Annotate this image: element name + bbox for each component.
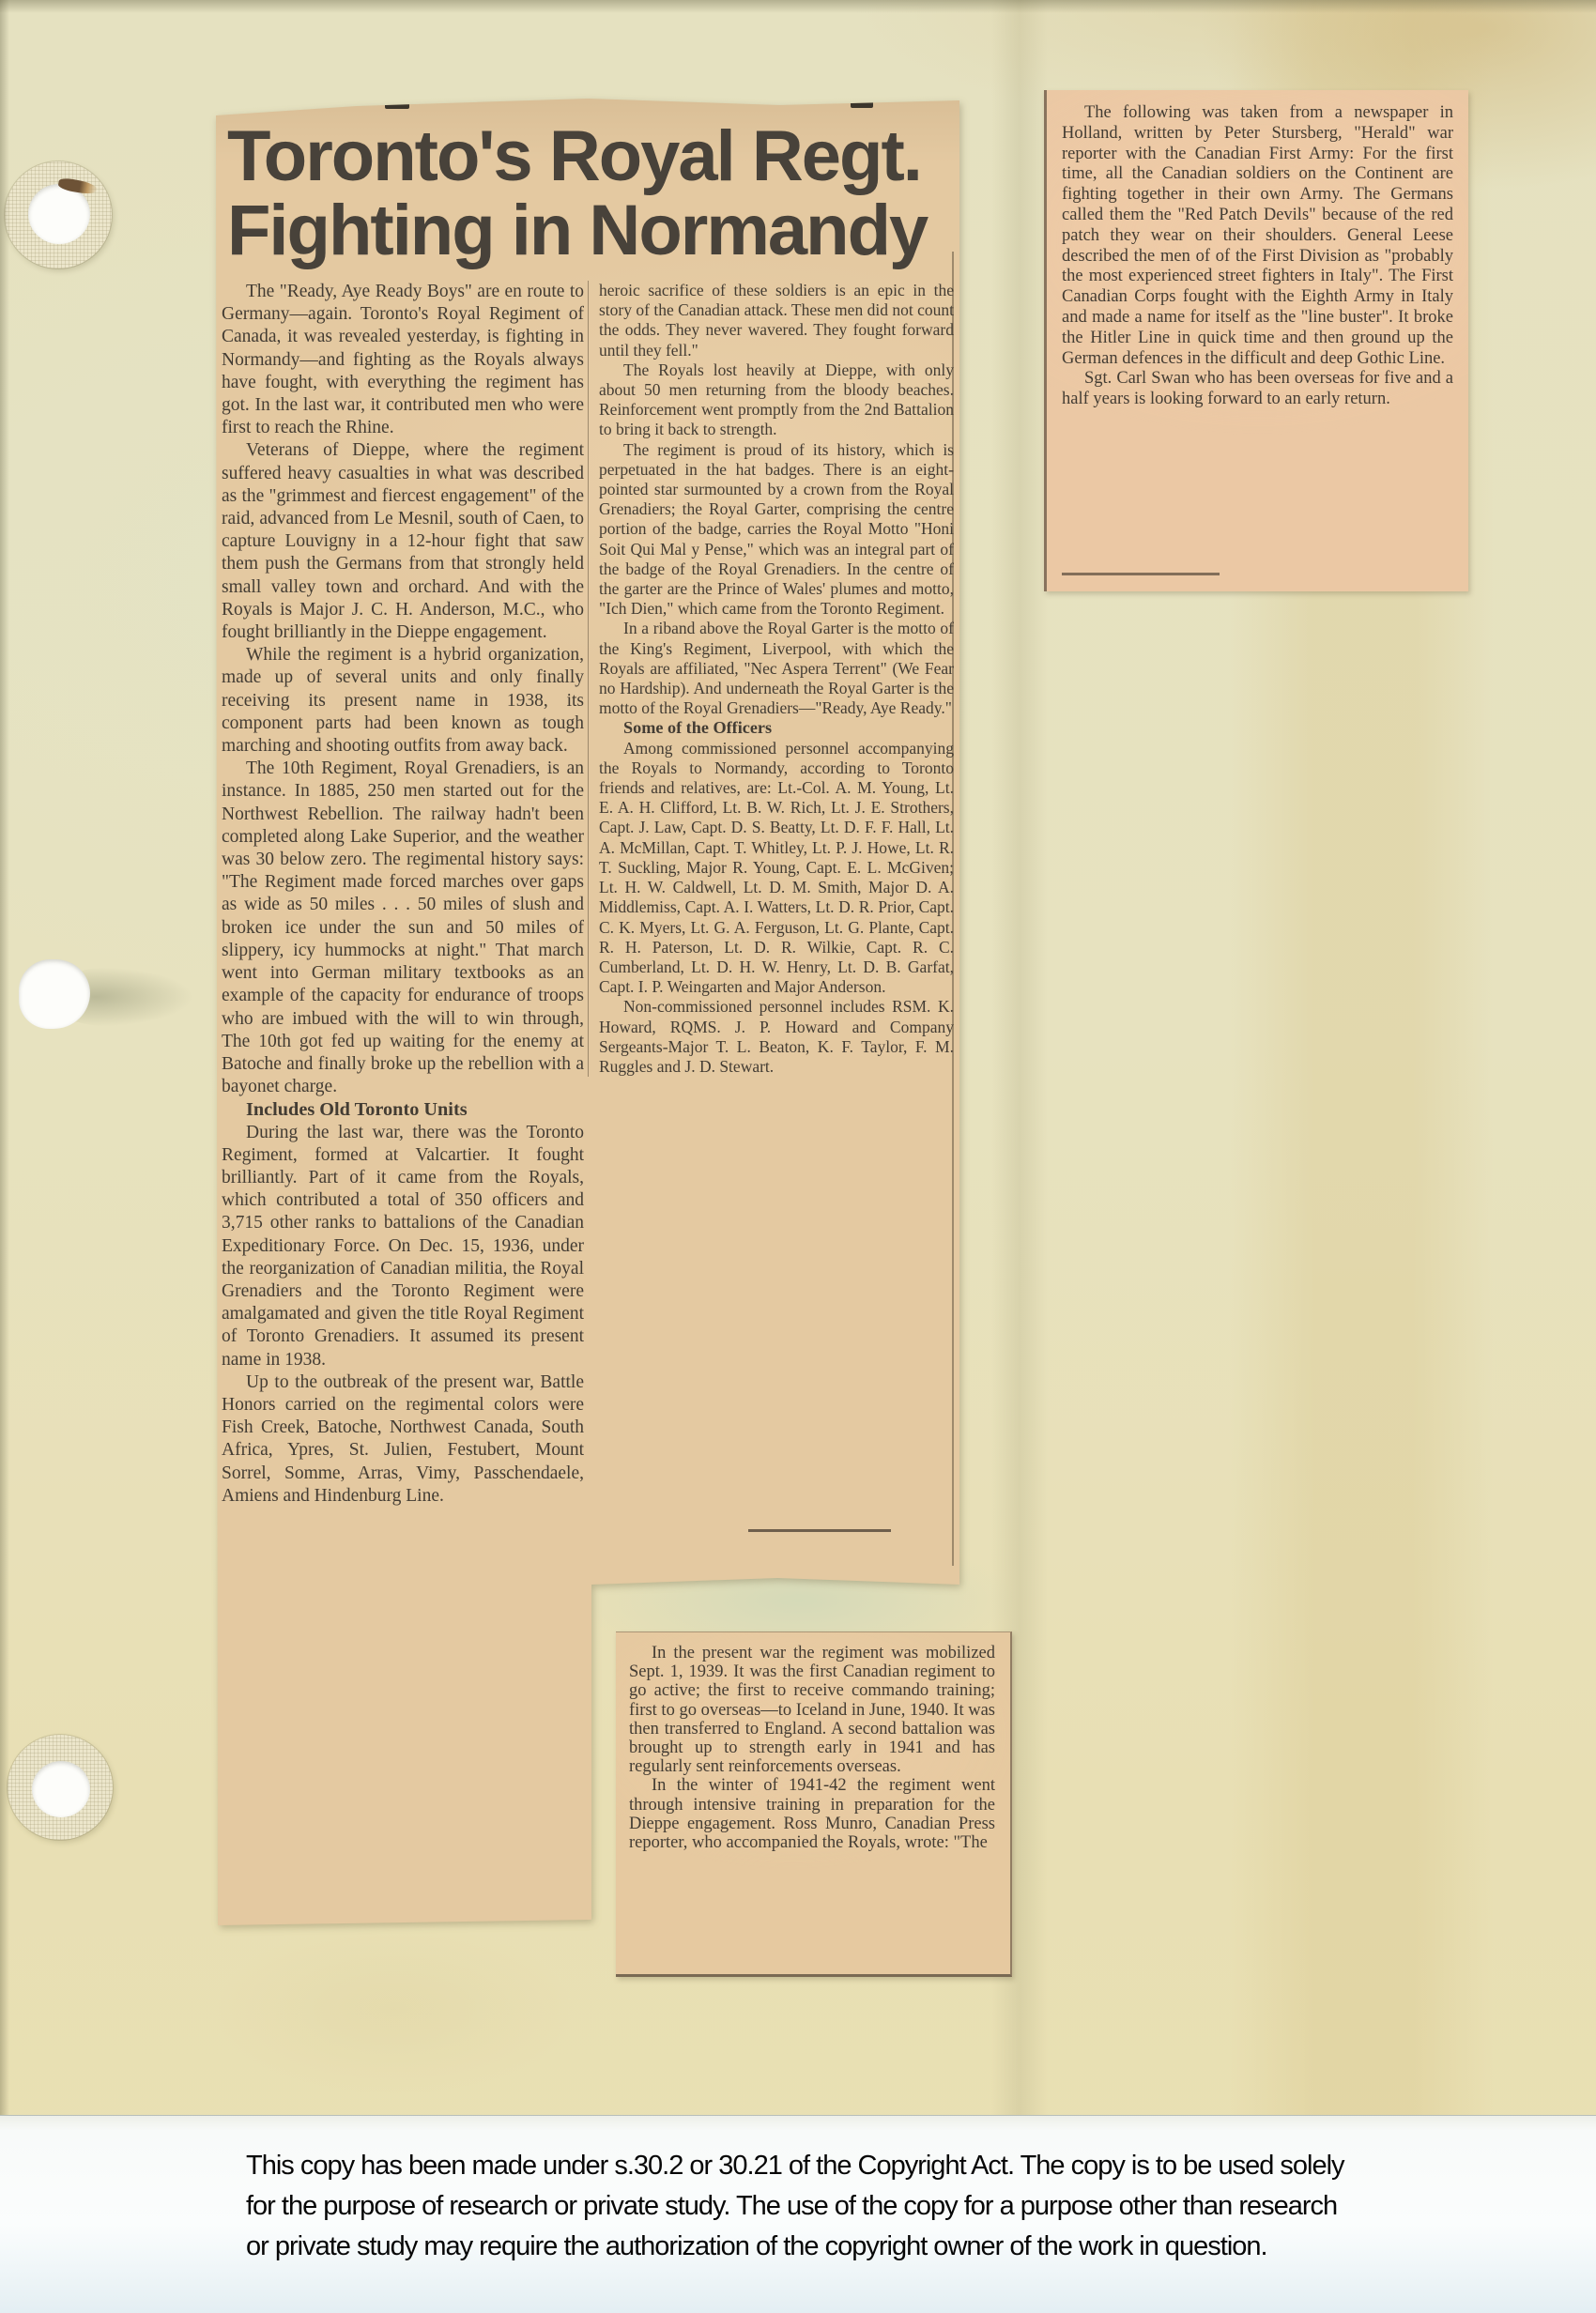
column-rule bbox=[952, 252, 954, 1566]
column-subhead: Some of the Officers bbox=[599, 718, 954, 738]
article-paragraph: heroic sacrifice of these soldiers is an… bbox=[599, 281, 954, 360]
headline-line-1: Toronto's Royal Regt. bbox=[227, 119, 952, 193]
article-paragraph: During the last war, there was the Toron… bbox=[222, 1122, 584, 1371]
scanner-margin-band: This copy has been made under s.30.2 or … bbox=[0, 2115, 1596, 2313]
cut-text-remnant bbox=[851, 99, 873, 108]
end-of-column-rule bbox=[748, 1529, 891, 1532]
copyright-notice: This copy has been made under s.30.2 or … bbox=[246, 2146, 1401, 2267]
article-paragraph: In a riband above the Royal Garter is th… bbox=[599, 619, 954, 718]
underline-rule bbox=[1062, 573, 1220, 575]
article-paragraph: Non-commissioned personnel includes RSM.… bbox=[599, 997, 954, 1077]
article-paragraph: In the winter of 1941-42 the regiment we… bbox=[629, 1776, 995, 1852]
article-paragraph: Veterans of Dieppe, where the regiment s… bbox=[222, 439, 584, 644]
headline: Toronto's Royal Regt. Fighting in Norman… bbox=[227, 119, 952, 268]
article-paragraph: The following was taken from a newspaper… bbox=[1062, 103, 1453, 369]
article-paragraph: Sgt. Carl Swan who has been overseas for… bbox=[1062, 369, 1453, 410]
mobilization-clipping: In the present war the regiment was mobi… bbox=[616, 1631, 1012, 1977]
column-subhead: Includes Old Toronto Units bbox=[222, 1098, 584, 1121]
article-paragraph: The Royals lost heavily at Dieppe, with … bbox=[599, 360, 954, 440]
article-paragraph: The 10th Regiment, Royal Grenadiers, is … bbox=[222, 758, 584, 1098]
article-paragraph: The regiment is proud of its history, wh… bbox=[599, 440, 954, 620]
article-paragraph: Among commissioned personnel accompanyin… bbox=[599, 739, 954, 998]
article-paragraph: While the regiment is a hybrid organizat… bbox=[222, 644, 584, 758]
cut-text-remnant bbox=[385, 100, 409, 109]
copyright-line: for the purpose of research or private s… bbox=[246, 2186, 1401, 2227]
holland-clipping: The following was taken from a newspaper… bbox=[1044, 90, 1468, 591]
scrapbook-page: Toronto's Royal Regt. Fighting in Norman… bbox=[0, 0, 1596, 2313]
article-column-left: The "Ready, Aye Ready Boys" are en route… bbox=[222, 281, 584, 1508]
article-column-right: heroic sacrifice of these soldiers is an… bbox=[588, 281, 954, 1077]
article-paragraph: Up to the outbreak of the present war, B… bbox=[222, 1371, 584, 1508]
copyright-line: This copy has been made under s.30.2 or … bbox=[246, 2146, 1401, 2186]
binder-hole-bottom bbox=[32, 1761, 90, 1817]
article-paragraph: In the present war the regiment was mobi… bbox=[629, 1644, 995, 1776]
headline-line-2: Fighting in Normandy bbox=[227, 193, 952, 268]
article-paragraph: The "Ready, Aye Ready Boys" are en route… bbox=[222, 281, 584, 439]
copyright-line: or private study may require the authori… bbox=[246, 2227, 1401, 2267]
